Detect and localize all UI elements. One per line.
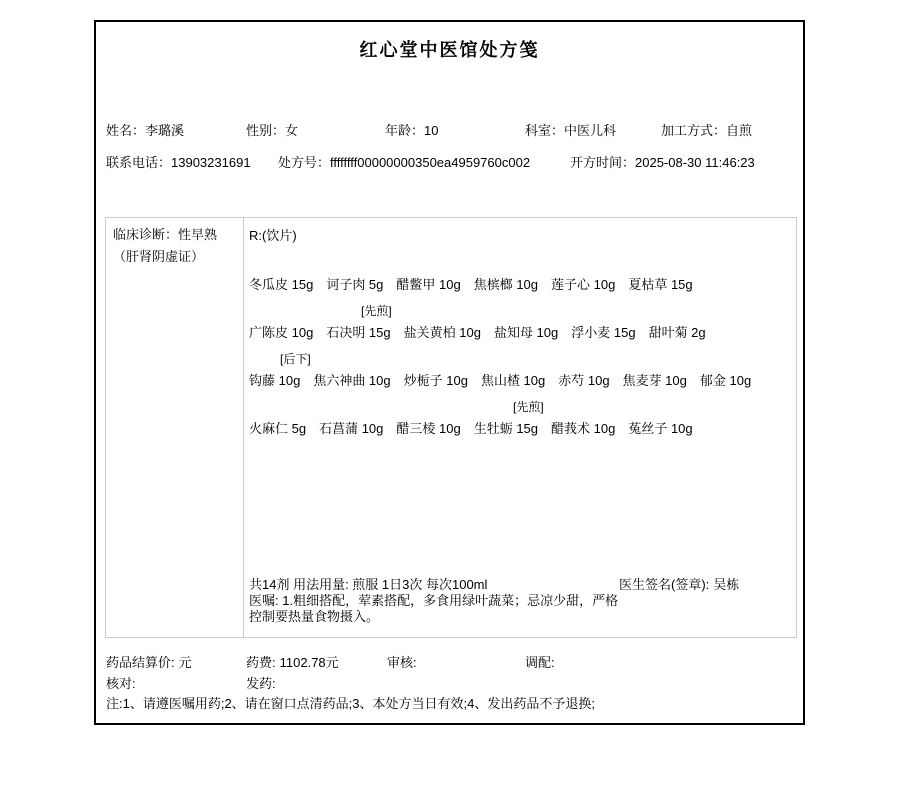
herb-item: 菟丝子 10g	[628, 421, 692, 436]
prescription-content-cell: R:(饮片) 冬瓜皮 15g诃子肉 5g醋鳖甲 10g焦槟榔 10g莲子心 10…	[245, 218, 796, 637]
doctor-signature-name: 吴栋	[713, 577, 739, 592]
patient-name-value: 李璐溪	[145, 123, 184, 138]
doctor-signature-label: 医生签名(签章):	[619, 577, 709, 592]
patient-age-value: 10	[424, 123, 438, 138]
review-field: 审核:	[387, 652, 417, 671]
prescribe-time-field: 开方时间：2025-08-30 11:46:23	[570, 152, 755, 171]
patient-gender-field: 性别：女	[246, 120, 298, 139]
issue-label: 发药:	[246, 676, 276, 691]
settlement-price-label: 药品结算价:	[106, 655, 175, 670]
patient-name-label: 姓名：	[106, 123, 145, 138]
herb-item: 醋鳖甲 10g	[396, 277, 460, 292]
patient-name-field: 姓名：李璐溪	[106, 120, 184, 139]
patient-gender-value: 女	[285, 123, 298, 138]
review-label: 审核:	[387, 655, 417, 670]
check-field: 核对:	[106, 673, 136, 692]
fee-field: 药费:1102.78元	[246, 652, 339, 671]
phone-field: 联系电话：13903231691	[106, 152, 251, 171]
herb-item: 焦槟榔 10g	[474, 277, 538, 292]
issue-field: 发药:	[246, 673, 276, 692]
herb-item: 石决明 15g	[326, 325, 390, 340]
herb-item: 盐知母 10g	[494, 325, 558, 340]
prescription-number-field: 处方号：ffffffff00000000350ea4959760c002	[278, 152, 530, 171]
phone-value: 13903231691	[171, 155, 251, 170]
herb-item: 夏枯草 15g	[628, 277, 692, 292]
prescription-number-value: ffffffff00000000350ea4959760c002	[330, 155, 530, 170]
herb-item: 生牡蛎 15g	[474, 421, 538, 436]
processing-method-value: 自煎	[726, 123, 752, 138]
processing-method-label: 加工方式：	[661, 123, 726, 138]
fee-label: 药费:	[246, 655, 276, 670]
herb-item: 诃子肉 5g	[326, 277, 383, 292]
decoction-tag: [后下]	[280, 350, 311, 367]
herb-item: 莲子心 10g	[551, 277, 615, 292]
herb-item: 郁金 10g	[700, 373, 751, 388]
herb-item: 钩藤 10g	[249, 373, 300, 388]
doctor-instructions: 医嘱: 1.粗细搭配，荤素搭配，多食用绿叶蔬菜；忌凉少甜，严格控制要热量食物摄入…	[249, 593, 625, 625]
herb-item: 火麻仁 5g	[249, 421, 306, 436]
herb-item: 浮小麦 15g	[571, 325, 635, 340]
diagnosis-cell: 临床诊断：性早熟 （肝肾阴虚证）	[106, 218, 244, 637]
fee-value: 1102.78元	[280, 655, 339, 670]
decoction-tag: [先煎]	[513, 398, 544, 415]
department-field: 科室：中医儿科	[525, 120, 616, 139]
footer-note: 注:1、请遵医嘱用药;2、请在窗口点清药品;3、本处方当日有效;4、发出药品不予…	[106, 693, 595, 712]
prescription-page: 红心堂中医馆处方笺 姓名：李璐溪 性别：女 年龄：10 科室：中医儿科 加工方式…	[0, 0, 900, 800]
dispense-label: 调配:	[525, 655, 555, 670]
herb-row: 火麻仁 5g石菖蒲 10g醋三棱 10g生牡蛎 15g醋莪术 10g菟丝子 10…	[249, 418, 706, 437]
dispense-field: 调配:	[525, 652, 555, 671]
herb-item: 广陈皮 10g	[249, 325, 313, 340]
rx-summary: 共14剂 用法用量: 煎服 1日3次 每次100ml	[249, 574, 487, 593]
herb-item: 赤芍 10g	[558, 373, 609, 388]
prescribe-time-label: 开方时间：	[570, 155, 635, 170]
processing-method-field: 加工方式：自煎	[661, 120, 752, 139]
diagnosis-line2: （肝肾阴虚证）	[113, 246, 237, 268]
herb-row: 冬瓜皮 15g诃子肉 5g醋鳖甲 10g焦槟榔 10g莲子心 10g夏枯草 15…	[249, 274, 706, 293]
prescription-box: 临床诊断：性早熟 （肝肾阴虚证） R:(饮片) 冬瓜皮 15g诃子肉 5g醋鳖甲…	[105, 217, 797, 638]
page-title: 红心堂中医馆处方笺	[96, 36, 803, 62]
prescribe-time-value: 2025-08-30 11:46:23	[635, 155, 755, 170]
prescription-number-label: 处方号：	[278, 155, 330, 170]
herb-item: 焦山楂 10g	[481, 373, 545, 388]
herb-item: 甜叶菊 2g	[649, 325, 706, 340]
herb-item: 醋莪术 10g	[551, 421, 615, 436]
patient-age-field: 年龄：10	[385, 120, 438, 139]
check-label: 核对:	[106, 676, 136, 691]
department-value: 中医儿科	[564, 123, 616, 138]
herb-item: 盐关黄柏 10g	[404, 325, 481, 340]
herb-item: 冬瓜皮 15g	[249, 277, 313, 292]
rx-header: R:(饮片)	[249, 225, 297, 244]
patient-gender-label: 性别：	[246, 123, 285, 138]
herb-item: 焦麦芽 10g	[623, 373, 687, 388]
herb-item: 石菖蒲 10g	[319, 421, 383, 436]
settlement-price-field: 药品结算价:元	[106, 652, 192, 671]
diagnosis-line1: 临床诊断：性早熟	[113, 224, 237, 246]
department-label: 科室：	[525, 123, 564, 138]
herb-row: 钩藤 10g焦六神曲 10g炒栀子 10g焦山楂 10g赤芍 10g焦麦芽 10…	[249, 370, 764, 389]
herb-row: 广陈皮 10g石决明 15g盐关黄柏 10g盐知母 10g浮小麦 15g甜叶菊 …	[249, 322, 719, 341]
settlement-price-unit: 元	[179, 655, 192, 670]
doctor-signature: 医生签名(签章):吴栋	[619, 574, 739, 593]
herb-item: 炒栀子 10g	[404, 373, 468, 388]
phone-label: 联系电话：	[106, 155, 171, 170]
patient-age-label: 年龄：	[385, 123, 424, 138]
prescription-sheet: 红心堂中医馆处方笺 姓名：李璐溪 性别：女 年龄：10 科室：中医儿科 加工方式…	[94, 20, 805, 725]
herb-item: 焦六神曲 10g	[313, 373, 390, 388]
herb-item: 醋三棱 10g	[396, 421, 460, 436]
decoction-tag: [先煎]	[361, 302, 392, 319]
